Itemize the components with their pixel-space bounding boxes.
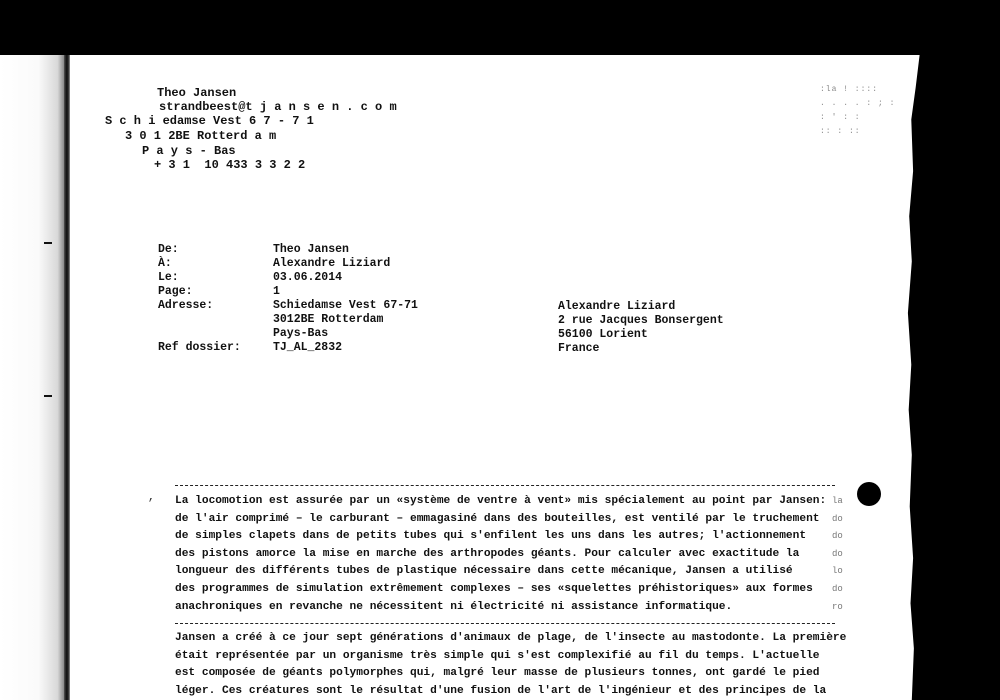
meta-label: De: <box>158 243 273 257</box>
body-paragraph-2: Jansen a créé à ce jour sept générations… <box>175 630 835 700</box>
stray-mark: ’ <box>147 497 154 511</box>
recipient-address: Alexandre Liziard 2 rue Jacques Bonserge… <box>558 300 724 356</box>
letter-meta-table: De: Theo Jansen À: Alexandre Liziard Le:… <box>158 243 418 355</box>
meta-label: À: <box>158 257 273 271</box>
paragraph-line: de l'air comprimé – le carburant – emmag… <box>175 511 835 529</box>
recipient-line: 56100 Lorient <box>558 328 724 342</box>
paragraph-line: des programmes de simulation extrêmement… <box>175 581 835 599</box>
punch-hole <box>857 482 881 506</box>
meta-row-date: Le: 03.06.2014 <box>158 271 418 285</box>
meta-label: Adresse: <box>158 299 273 313</box>
scan-background <box>930 55 1000 700</box>
recipient-line: France <box>558 342 724 356</box>
sender-city: 3 0 1 2BE Rotterd a m <box>125 129 276 144</box>
bleed-through-text: :la ! ::::. . . . : ; :: ' : ::: : :: <box>820 83 895 139</box>
meta-value: Pays-Bas <box>273 327 328 341</box>
meta-value: 1 <box>273 285 280 299</box>
sender-street: S c h i edamse Vest 6 7 - 7 1 <box>105 114 314 129</box>
meta-value: 3012BE Rotterdam <box>273 313 383 327</box>
meta-row-address-3: Pays-Bas <box>158 327 418 341</box>
meta-row-address-2: 3012BE Rotterdam <box>158 313 418 327</box>
meta-value: 03.06.2014 <box>273 271 342 285</box>
paragraph-line: des pistons amorce la mise en marche des… <box>175 546 835 564</box>
sender-phone: + 3 1 10 433 3 3 2 2 <box>154 158 305 173</box>
meta-value: Schiedamse Vest 67-71 <box>273 299 418 313</box>
meta-row-from: De: Theo Jansen <box>158 243 418 257</box>
paragraph-line: était représentée par un organisme très … <box>175 648 835 666</box>
meta-row-to: À: Alexandre Liziard <box>158 257 418 271</box>
body-paragraph-1: La locomotion est assurée par un «systèm… <box>175 493 835 616</box>
dashed-separator <box>175 485 835 486</box>
meta-label: Page: <box>158 285 273 299</box>
recipient-line: Alexandre Liziard <box>558 300 724 314</box>
letter-page: :la ! ::::. . . . : ; :: ' : ::: : :: Th… <box>70 55 930 700</box>
meta-label <box>158 327 273 341</box>
meta-value: Alexandre Liziard <box>273 257 390 271</box>
meta-row-ref: Ref dossier: TJ_AL_2832 <box>158 341 418 355</box>
paragraph-line: La locomotion est assurée par un «systèm… <box>175 493 835 511</box>
sender-name: Theo Jansen <box>157 86 236 101</box>
margin-mark <box>44 242 52 244</box>
meta-row-page: Page: 1 <box>158 285 418 299</box>
paragraph-line: longueur des différents tubes de plastiq… <box>175 563 835 581</box>
meta-label: Ref dossier: <box>158 341 273 355</box>
margin-mark <box>44 395 52 397</box>
meta-value: TJ_AL_2832 <box>273 341 342 355</box>
meta-value: Theo Jansen <box>273 243 349 257</box>
paragraph-line: léger. Ces créatures sont le résultat d'… <box>175 683 835 700</box>
meta-row-address: Adresse: Schiedamse Vest 67-71 <box>158 299 418 313</box>
torn-page-edge <box>904 55 930 700</box>
paragraph-line: de simples clapets dans de petits tubes … <box>175 528 835 546</box>
paragraph-line: Jansen a créé à ce jour sept générations… <box>175 630 835 648</box>
paragraph-line: anachroniques en revanche ne nécessitent… <box>175 599 835 617</box>
facing-page-edge <box>0 55 64 700</box>
margin-bleed-through: la do do do lo do ro <box>832 493 843 616</box>
sender-country: P a y s - Bas <box>142 144 236 159</box>
recipient-line: 2 rue Jacques Bonsergent <box>558 314 724 328</box>
meta-label: Le: <box>158 271 273 285</box>
dashed-separator <box>175 623 835 624</box>
meta-label <box>158 313 273 327</box>
paragraph-line: est composée de géants polymorphes qui, … <box>175 665 835 683</box>
sender-email[interactable]: strandbeest@t j a n s e n . c o m <box>159 100 397 115</box>
